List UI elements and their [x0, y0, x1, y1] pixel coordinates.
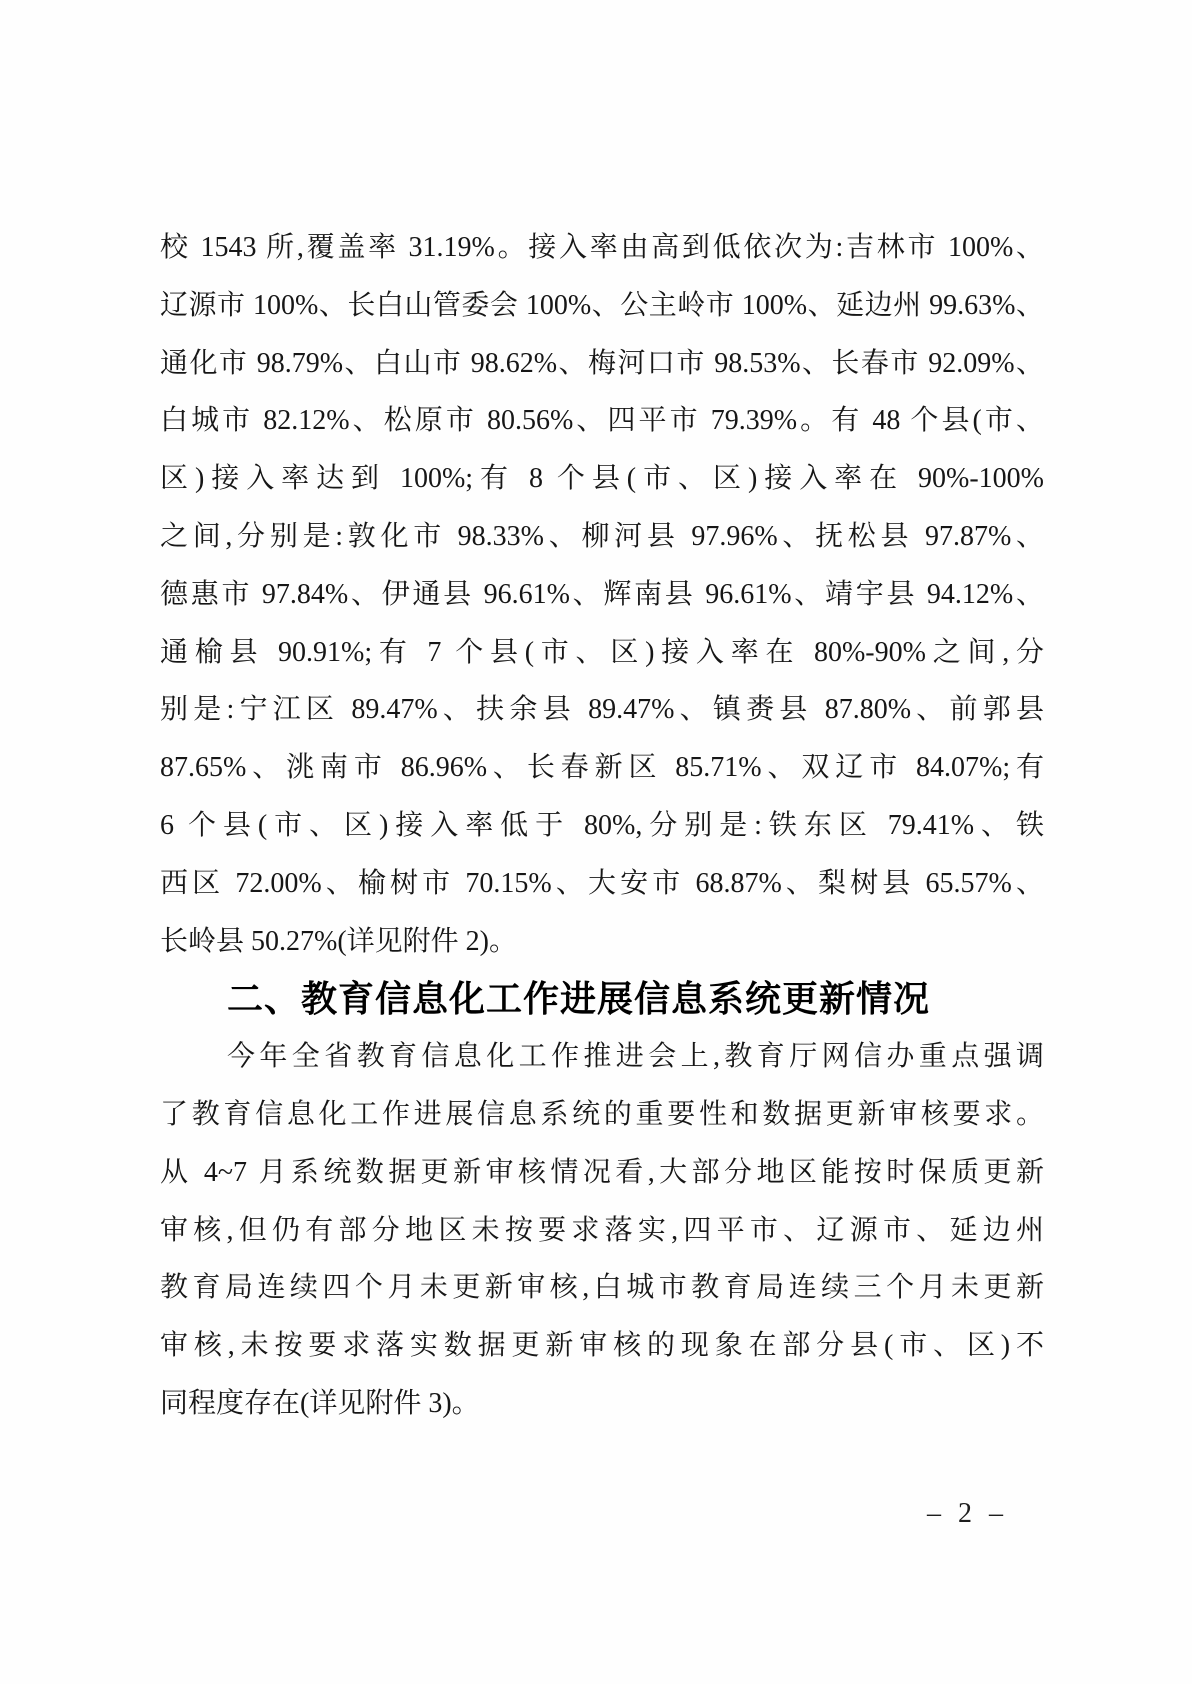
page-number: – 2 – [927, 1498, 1008, 1530]
body-line: 审核,但仍有部分地区未按要求落实,四平市、辽源市、延边州 [160, 1202, 1044, 1260]
body-line: 6 个县(市、区)接入率低于 80%,分别是:铁东区 79.41%、铁 [160, 797, 1044, 855]
body-line: 教育局连续四个月未更新审核,白城市教育局连续三个月未更新 [160, 1259, 1044, 1317]
body-line: 从 4~7 月系统数据更新审核情况看,大部分地区能按时保质更新 [160, 1144, 1044, 1202]
body-line: 审核,未按要求落实数据更新审核的现象在部分县(市、区)不 [160, 1317, 1044, 1375]
paragraph-2: 今年全省教育信息化工作推进会上,教育厅网信办重点强调 了教育信息化工作进展信息系… [160, 1028, 1044, 1433]
body-line: 西区 72.00%、榆树市 70.15%、大安市 68.87%、梨树县 65.5… [160, 855, 1044, 913]
body-line: 之间,分别是:敦化市 98.33%、柳河县 97.96%、抚松县 97.87%、 [160, 508, 1044, 566]
body-line: 别是:宁江区 89.47%、扶余县 89.47%、镇赉县 87.80%、前郭县 [160, 681, 1044, 739]
body-line: 长岭县 50.27%(详见附件 2)。 [160, 913, 1044, 971]
body-text: 校 1543 所,覆盖率 31.19%。接入率由高到低依次为:吉林市 100%、… [160, 219, 1044, 1433]
body-line: 同程度存在(详见附件 3)。 [160, 1375, 1044, 1433]
paragraph-1: 校 1543 所,覆盖率 31.19%。接入率由高到低依次为:吉林市 100%、… [160, 219, 1044, 970]
body-line: 了教育信息化工作进展信息系统的重要性和数据更新审核要求。 [160, 1086, 1044, 1144]
document-page: 校 1543 所,覆盖率 31.19%。接入率由高到低依次为:吉林市 100%、… [0, 0, 1192, 1684]
body-line: 德惠市 97.84%、伊通县 96.61%、辉南县 96.61%、靖宇县 94.… [160, 566, 1044, 624]
body-line: 通化市 98.79%、白山市 98.62%、梅河口市 98.53%、长春市 92… [160, 335, 1044, 393]
body-line: 今年全省教育信息化工作推进会上,教育厅网信办重点强调 [160, 1028, 1044, 1086]
body-line: 辽源市 100%、长白山管委会 100%、公主岭市 100%、延边州 99.63… [160, 277, 1044, 335]
body-line: 通榆县 90.91%;有 7 个县(市、区)接入率在 80%-90%之间,分 [160, 624, 1044, 682]
section-heading: 二、教育信息化工作进展信息系统更新情况 [160, 970, 1044, 1028]
body-line: 区)接入率达到 100%;有 8 个县(市、区)接入率在 90%-100% [160, 450, 1044, 508]
body-line: 校 1543 所,覆盖率 31.19%。接入率由高到低依次为:吉林市 100%、 [160, 219, 1044, 277]
body-line: 白城市 82.12%、松原市 80.56%、四平市 79.39%。有 48 个县… [160, 392, 1044, 450]
body-line: 87.65%、洮南市 86.96%、长春新区 85.71%、双辽市 84.07%… [160, 739, 1044, 797]
